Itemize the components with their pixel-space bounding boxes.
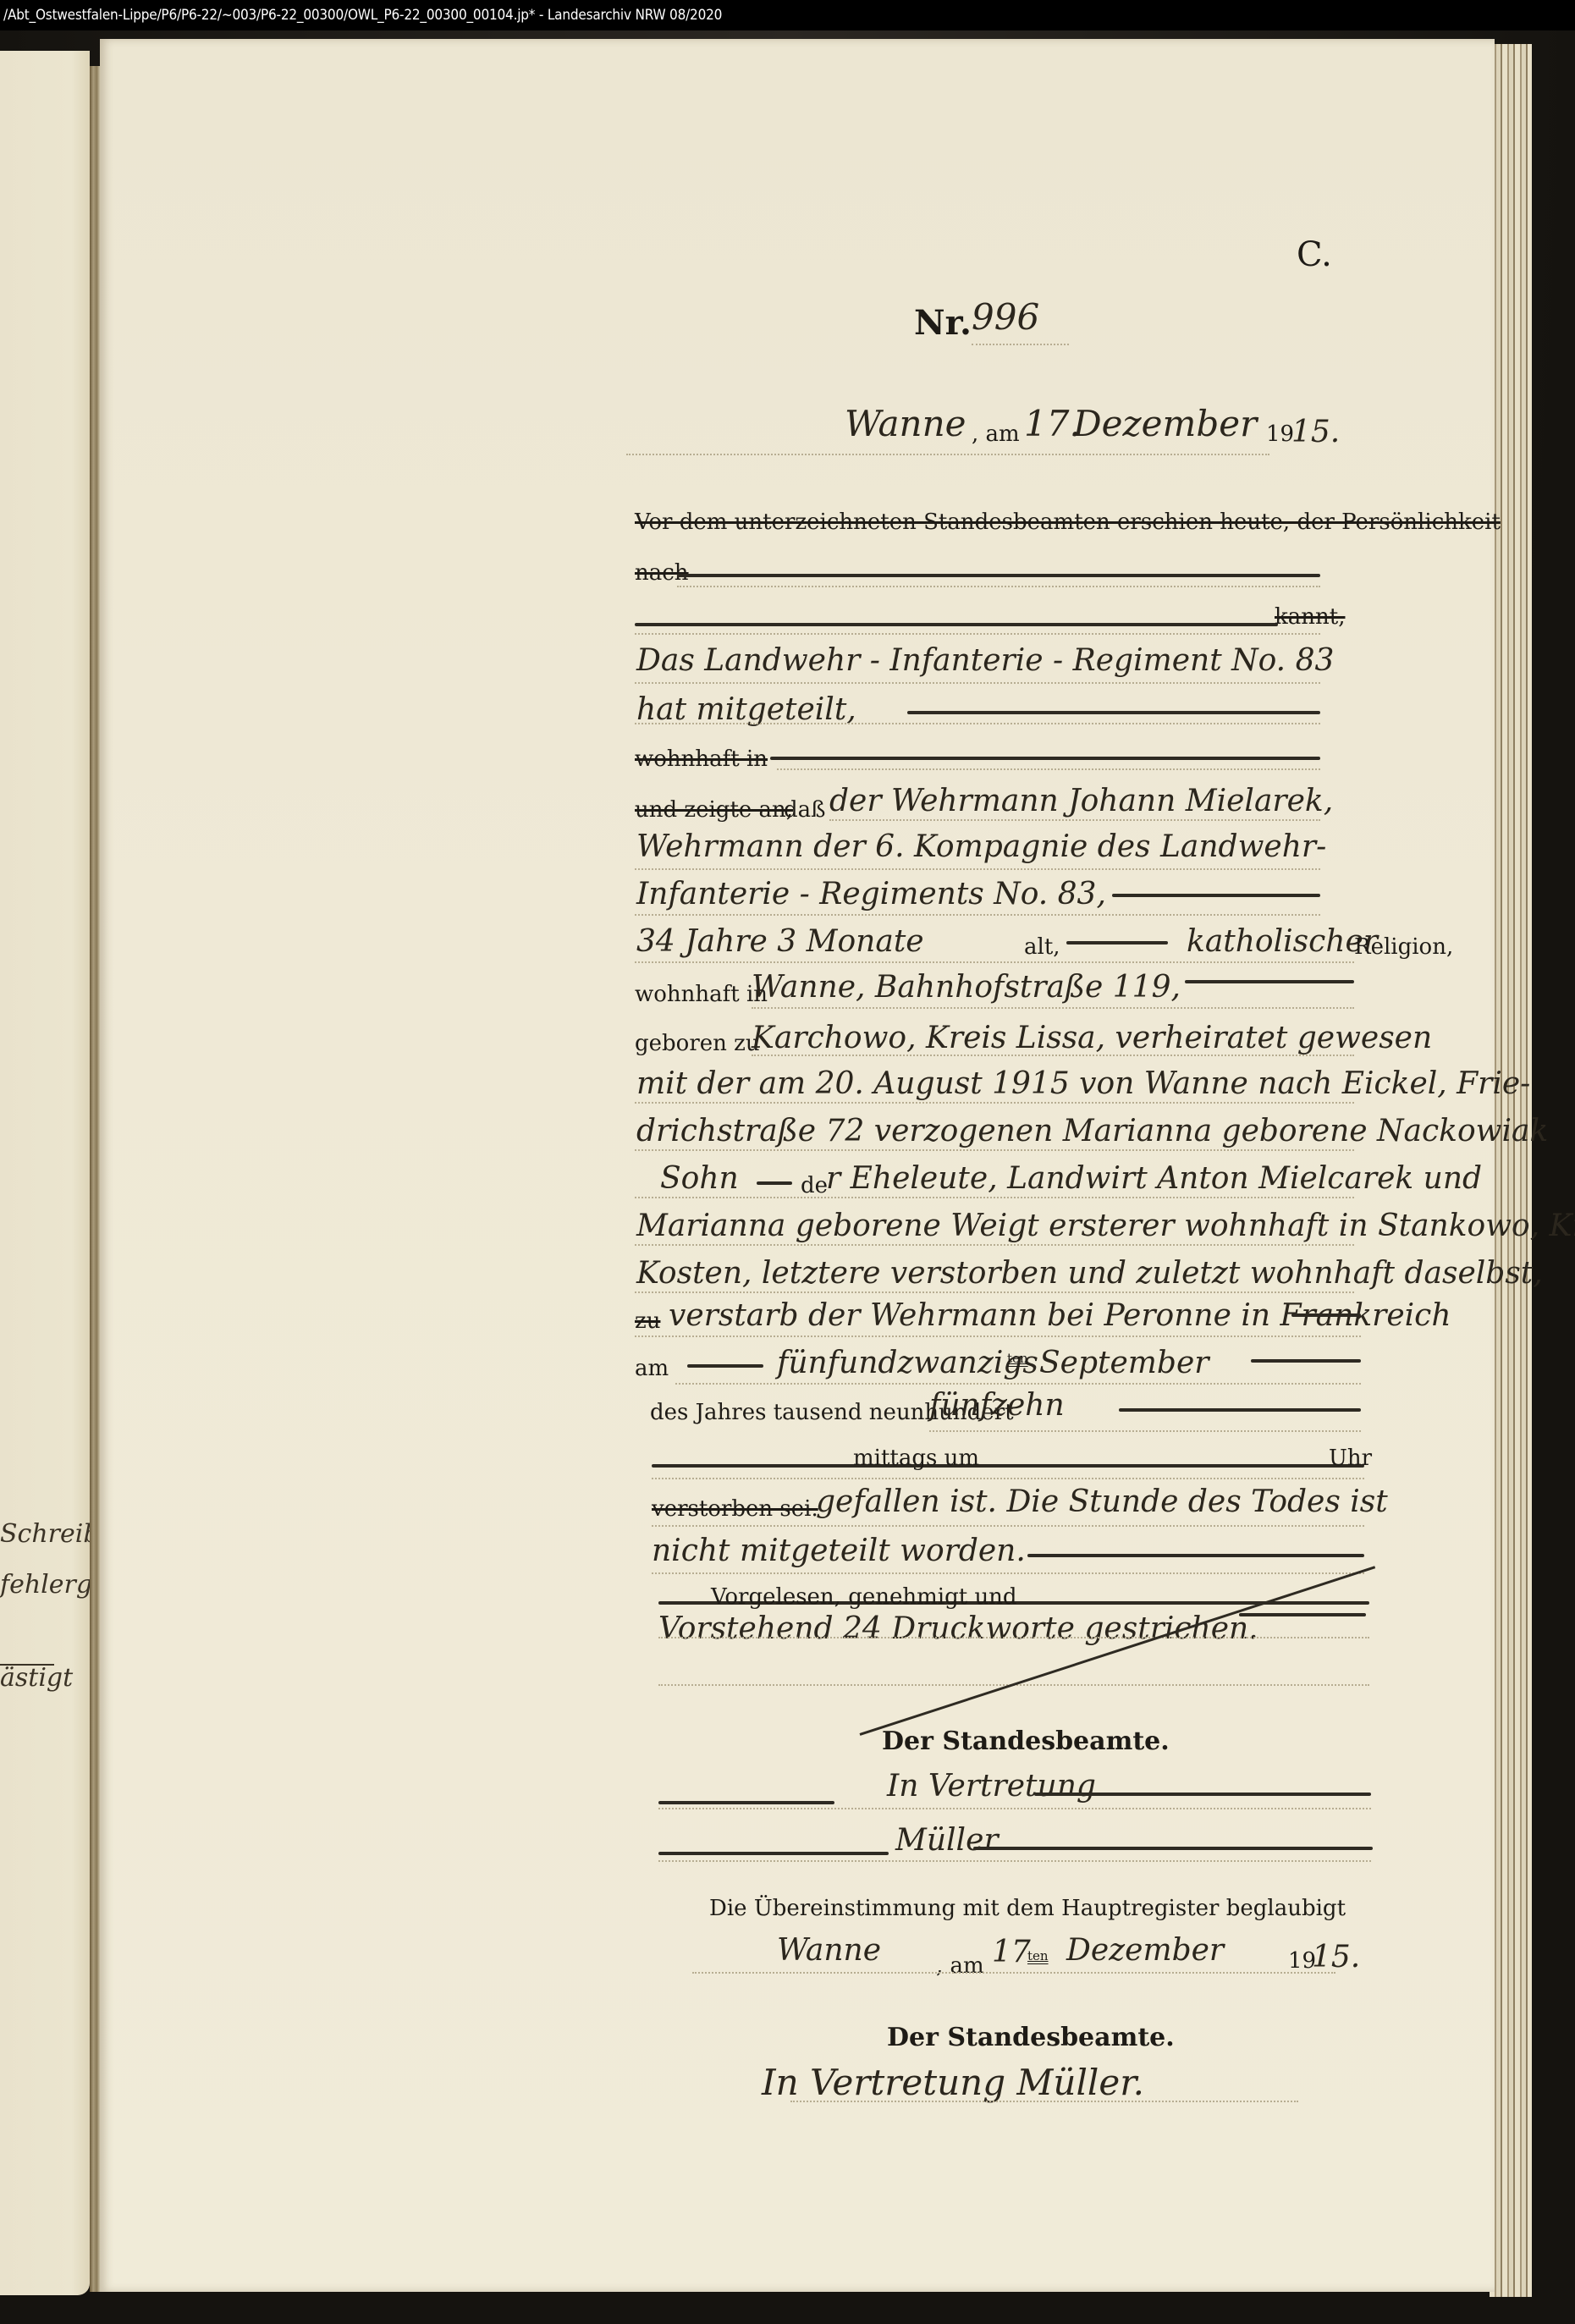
struck-text-vor-dem: Vor dem unterzeichneten Standesbeamten e… — [635, 509, 1501, 535]
dotted-rule — [635, 1291, 1354, 1293]
dotted-rule — [972, 344, 1069, 345]
dotted-rule — [829, 819, 1320, 821]
dotted-rule — [635, 633, 1320, 635]
filler-stroke — [687, 1364, 763, 1368]
dotted-rule — [677, 586, 1320, 587]
cert-signature: In Vertretung Müller. — [762, 2062, 1144, 2103]
spouse-line-2: drichstraße 72 verzogenen Marianna gebor… — [636, 1114, 1548, 1148]
cert-place: Wanne — [777, 1933, 881, 1968]
filler-stroke — [757, 1181, 792, 1185]
cancel-stroke — [677, 574, 1320, 577]
struck-text-uhr: Uhr — [1329, 1446, 1372, 1471]
header-place: Wanne — [845, 403, 966, 444]
filler-stroke — [1066, 941, 1168, 944]
dotted-rule — [635, 1335, 1361, 1337]
filler-stroke — [1251, 1359, 1361, 1363]
dotted-rule — [635, 1102, 1354, 1104]
page-edges — [1490, 44, 1532, 2297]
dotted-rule — [635, 1149, 1354, 1151]
filler-stroke — [1239, 1613, 1366, 1616]
registrar-title: Der Standesbeamte. — [882, 1726, 1170, 1756]
son-of-label: de — [801, 1173, 828, 1198]
struck-text-nach: nach — [635, 560, 689, 586]
struck-text-kannt: kannt, — [1275, 604, 1345, 630]
dotted-rule — [658, 1808, 1371, 1809]
struck-text-zu: zu — [635, 1308, 660, 1334]
death-note-line-2: nicht mitgeteilt worden. — [652, 1534, 1026, 1568]
dotted-rule — [626, 454, 1269, 455]
parents-line-3: Kosten, letztere verstorben und zuletzt … — [636, 1256, 1543, 1291]
margin-note-line-3: ästigt — [0, 1663, 73, 1693]
cert-am-label: , am — [936, 1953, 984, 1979]
filler-stroke — [1027, 1554, 1364, 1557]
ten-label: ten — [1007, 1351, 1028, 1366]
residence-label: wohnhaft in — [635, 982, 768, 1007]
dotted-rule — [752, 1007, 1354, 1009]
dotted-rule — [652, 1572, 1364, 1574]
age-label: alt, — [1024, 934, 1060, 960]
cancel-stroke — [652, 1464, 1364, 1468]
dotted-rule — [658, 1637, 1369, 1638]
window-title: /Abt_Ostwestfalen-Lippe/P6/P6-22/~003/P6… — [3, 7, 722, 24]
dotted-rule — [635, 682, 1320, 684]
dotted-rule — [929, 1430, 1361, 1432]
parents-line-2: Marianna geborene Weigt ersterer wohnhaf… — [636, 1209, 1575, 1243]
struck-text-verstorben-sei: verstorben sei. — [652, 1496, 818, 1522]
certification-text: Die Übereinstimmung mit dem Hauptregiste… — [709, 1896, 1346, 1921]
religion-label: Religion, — [1354, 934, 1453, 960]
dotted-rule — [635, 1244, 1354, 1246]
section-letter: C. — [1297, 235, 1332, 274]
filler-stroke — [1185, 980, 1354, 983]
dotted-rule — [777, 768, 1320, 770]
header-month: Dezember — [1073, 403, 1257, 444]
registrar-deputy: In Vertretung — [887, 1769, 1096, 1804]
spouse-line-1: mit der am 20. August 1915 von Wanne nac… — [636, 1066, 1530, 1101]
correction-note: Vorstehend 24 Druckworte gestrichen. — [658, 1611, 1258, 1646]
cert-month: Dezember — [1066, 1933, 1224, 1968]
dass-label: daß — [784, 797, 826, 823]
filler-stroke — [907, 711, 1320, 714]
dotted-rule — [635, 961, 1354, 963]
cert-day: 17 — [992, 1935, 1031, 1969]
filler-stroke — [1034, 1793, 1371, 1796]
age-value: 34 Jahre 3 Monate — [636, 924, 924, 959]
cert-registrar-title: Der Standesbeamte. — [887, 2023, 1175, 2052]
struck-text-mittags-um: mittags um — [853, 1446, 979, 1471]
filler-stroke — [973, 1847, 1373, 1850]
dotted-rule — [692, 1972, 1335, 1974]
birth-value: Karchowo, Kreis Lissa, verheiratet gewes… — [752, 1021, 1432, 1055]
filler-stroke — [1291, 1313, 1361, 1317]
dotted-rule — [752, 1055, 1354, 1056]
record-number-value: 996 — [972, 296, 1039, 338]
cert-ten-label: ten — [1027, 1948, 1049, 1963]
record-number-label: Nr. — [914, 303, 972, 343]
struck-text-vorgelesen: Vorgelesen, genehmigt und — [711, 1584, 1017, 1610]
window-title-bar: /Abt_Ostwestfalen-Lippe/P6/P6-22/~003/P6… — [0, 0, 1575, 30]
death-day-value: fünfundzwanzigs — [777, 1346, 1038, 1380]
dotted-rule — [790, 2101, 1298, 2102]
religion-value: katholischer — [1187, 924, 1378, 959]
register-page: C. Nr. 996 Wanne , am 17. Dezember 19 15… — [100, 39, 1495, 2292]
death-month-value: September — [1039, 1346, 1209, 1380]
filler-stroke — [658, 1852, 889, 1855]
left-page: Schreib- fehlerge ästigt — [0, 51, 90, 2295]
header-year-suffix: 15. — [1291, 415, 1340, 449]
informant-line-1: Das Landwehr - Infanterie - Regiment No.… — [636, 643, 1334, 678]
dotted-rule — [635, 723, 1320, 724]
death-note-line-1: gefallen ist. Die Stunde des Todes ist — [816, 1484, 1388, 1519]
dotted-rule — [635, 868, 1320, 870]
struck-text-wohnhaft-in: wohnhaft in — [635, 746, 768, 772]
cancel-stroke — [635, 623, 1278, 626]
informant-line-2: hat mitgeteilt, — [636, 692, 856, 727]
registrar-signature: Müller — [895, 1823, 999, 1858]
struck-text-und-zeigte-an: und zeigte an, — [635, 797, 793, 823]
header-am-label: , am — [972, 421, 1020, 447]
header-day: 17. — [1024, 403, 1081, 444]
book-gutter — [90, 66, 100, 2292]
filler-stroke — [1119, 1408, 1361, 1412]
deceased-line-3: Infanterie - Regiments No. 83, — [636, 877, 1106, 911]
cancel-stroke — [770, 757, 1320, 760]
birth-label: geboren zu — [635, 1031, 760, 1056]
parents-line-1: r Eheleute, Landwirt Anton Mielcarek und — [826, 1161, 1482, 1196]
dotted-rule — [652, 1525, 1364, 1527]
deceased-line-1: der Wehrmann Johann Mielarek, — [829, 784, 1333, 818]
year-text-value: fünfzehn — [929, 1388, 1065, 1423]
dotted-rule — [658, 1860, 1371, 1862]
residence-value: Wanne, Bahnhofstraße 119, — [752, 970, 1181, 1005]
dotted-rule — [635, 914, 1320, 916]
am-label: am — [635, 1356, 669, 1381]
dotted-rule — [652, 1478, 1364, 1479]
header-year-prefix: 19 — [1266, 421, 1294, 447]
son-of-value: Sohn — [660, 1161, 739, 1196]
filler-stroke — [658, 1801, 834, 1804]
dotted-rule — [635, 1197, 1354, 1198]
dotted-rule — [675, 1383, 1361, 1385]
cert-year-suffix: 15. — [1312, 1940, 1360, 1974]
filler-stroke — [1112, 894, 1320, 897]
deceased-line-2: Wehrmann der 6. Kompagnie des Landwehr- — [636, 829, 1326, 864]
